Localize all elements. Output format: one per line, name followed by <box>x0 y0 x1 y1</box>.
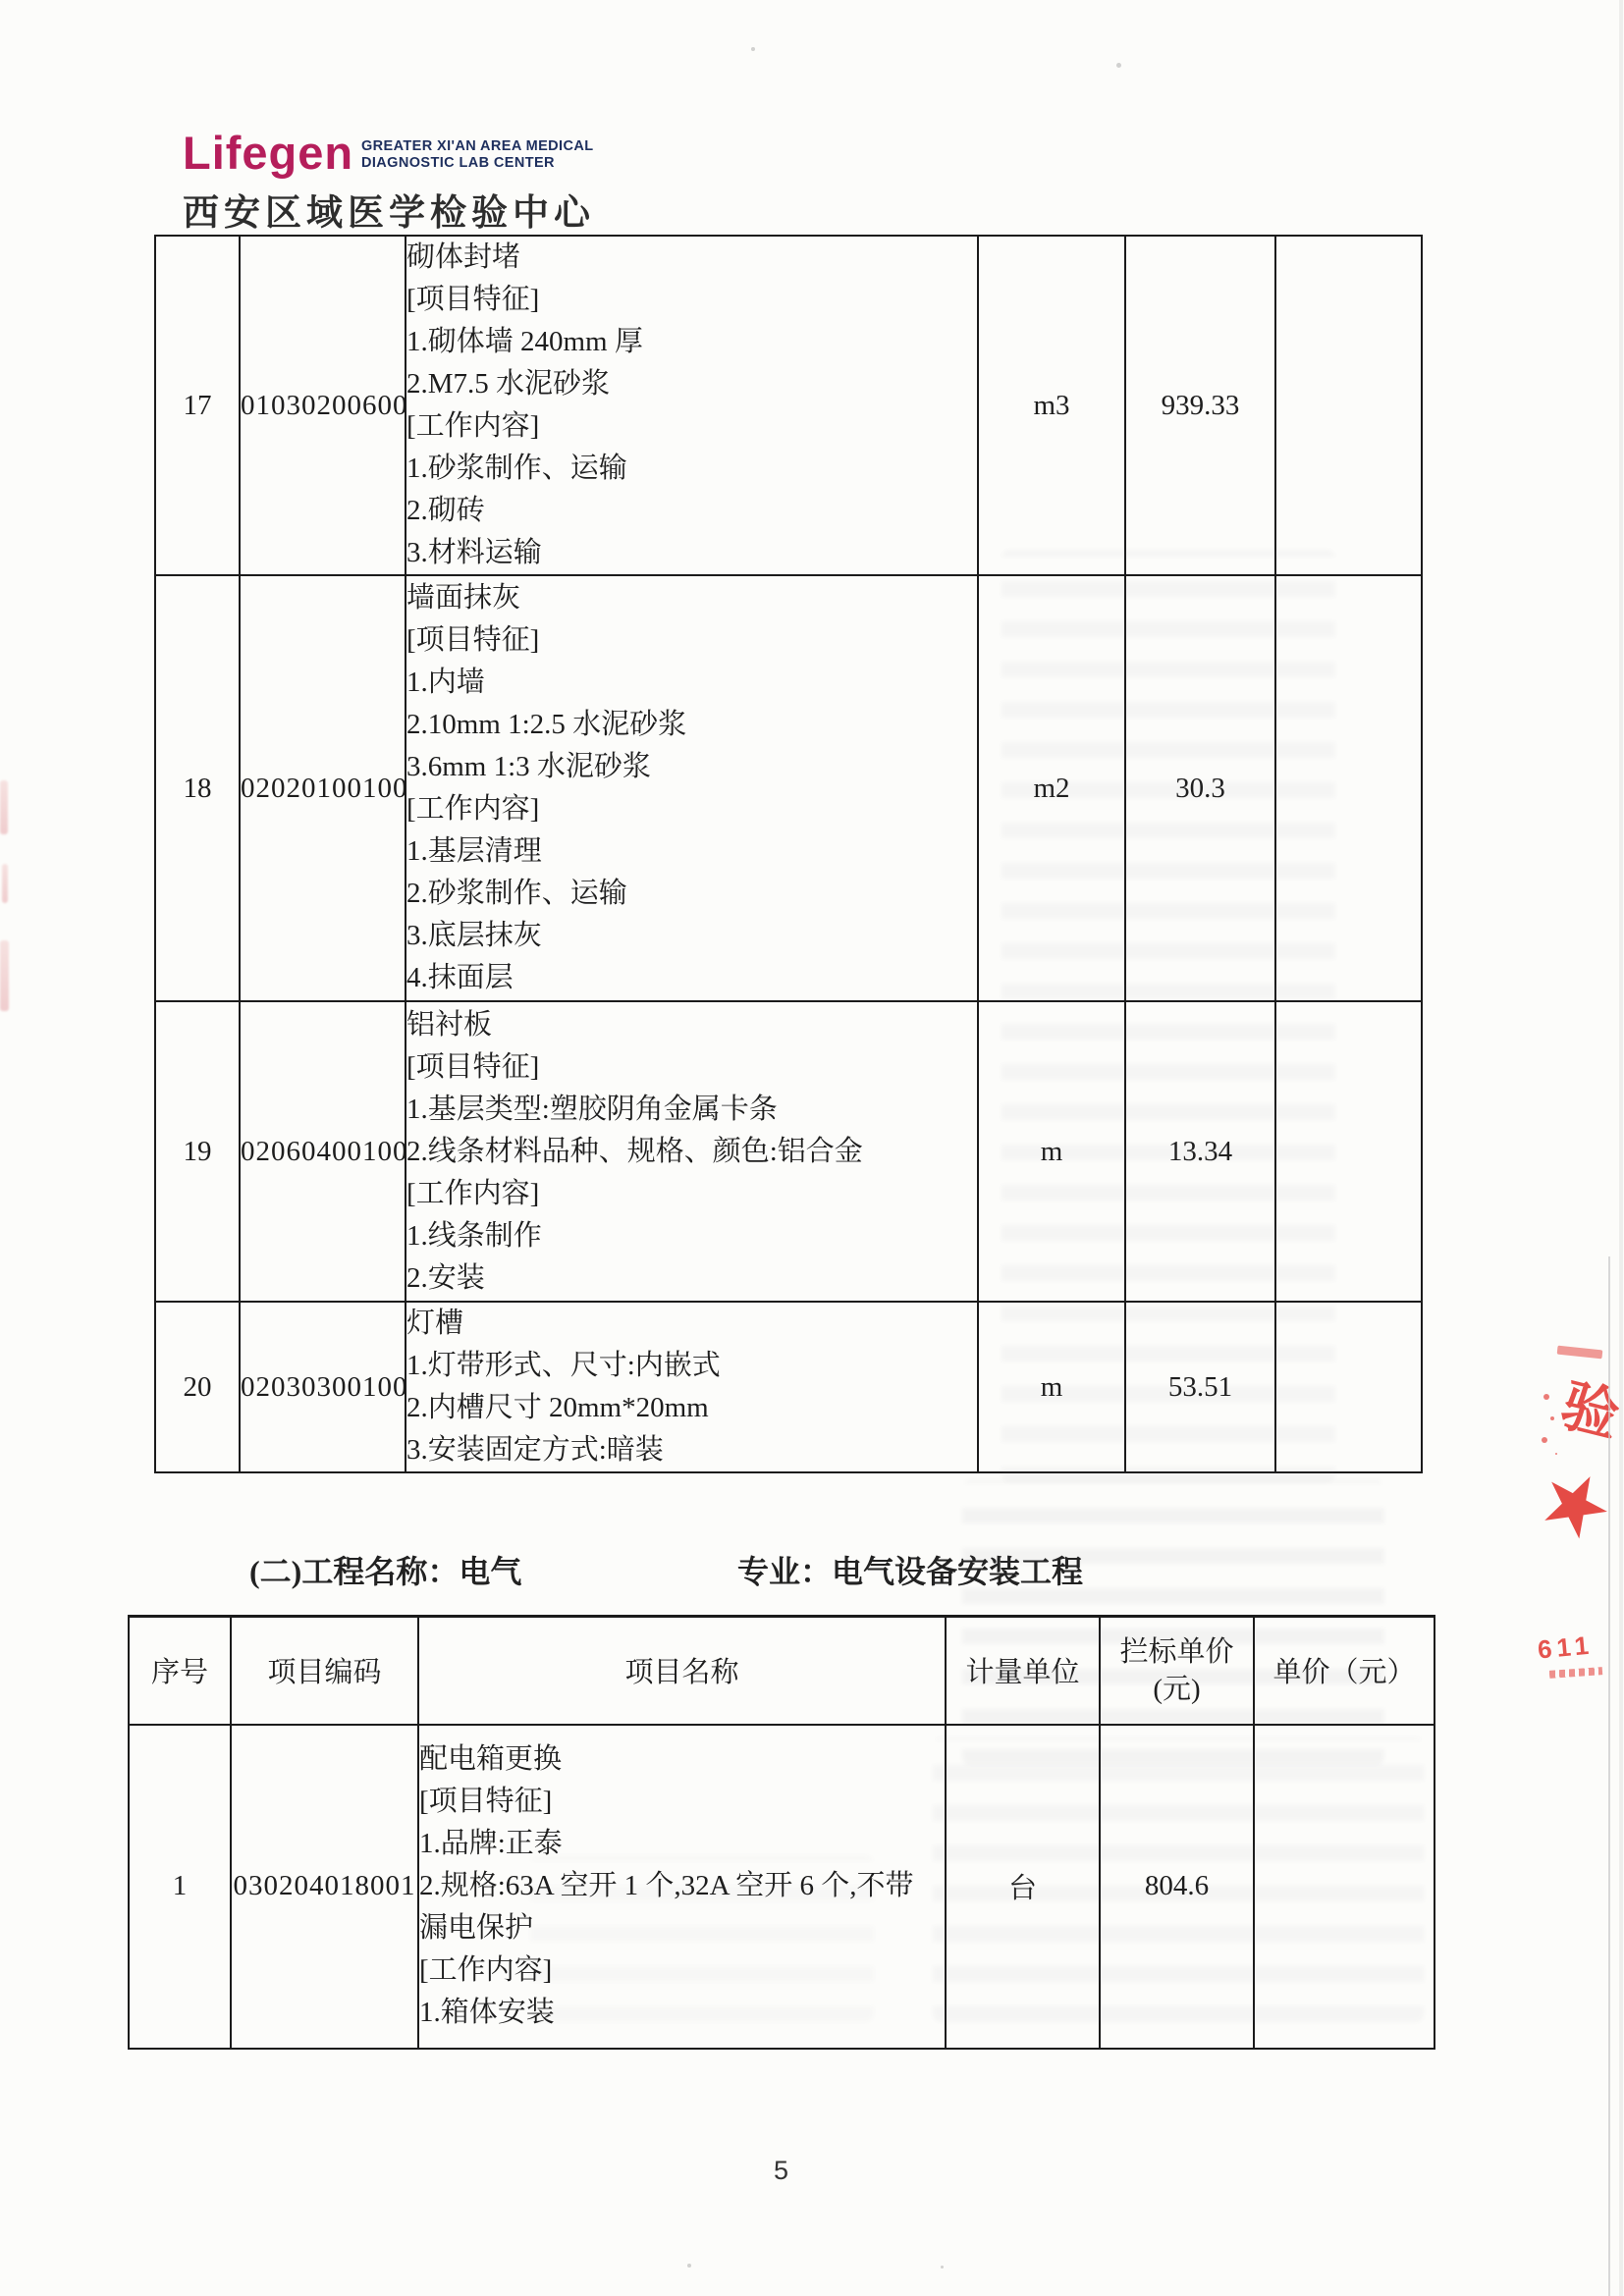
seq-cell: 18 <box>155 575 240 1001</box>
scan-speck <box>1116 63 1121 68</box>
stamp-partial-character: 验 <box>1554 1359 1624 1453</box>
header-name: 项目名称 <box>418 1617 946 1725</box>
stamp-speckle-bar <box>1549 1667 1602 1679</box>
page-number: 5 <box>774 2156 788 2186</box>
stamp-ink-dots <box>1543 1394 1549 1400</box>
left-edge-ink-mark <box>0 780 8 834</box>
seq-cell: 1 <box>129 1725 231 2049</box>
code-cell: 020604001001 <box>240 1001 406 1302</box>
name-lines: 砌体封堵[项目特征]1.砌体墙 240mm 厚2.M7.5 水泥砂浆[工作内容]… <box>406 237 977 574</box>
org-name-chinese: 西安区域医学检验中心 <box>183 183 595 236</box>
bleedthrough-artifact <box>962 1480 1384 1765</box>
name-cell: 墙面抹灰[项目特征]1.内墙2.10mm 1:2.5 水泥砂浆3.6mm 1:3… <box>406 575 978 1001</box>
code-cell: 010302006001 <box>240 236 406 575</box>
bleedthrough-artifact <box>530 1855 874 2022</box>
lifegen-logo: Lifegen <box>183 126 353 180</box>
header-code: 项目编码 <box>231 1617 418 1725</box>
tagline-line-2: DIAGNOSTIC LAB CENTER <box>361 155 593 172</box>
code-cell: 020201001002 <box>240 575 406 1001</box>
name-lines: 铝衬板[项目特征]1.基层类型:塑胶阴角金属卡条2.线条材料品种、规格、颜色:铝… <box>406 1004 977 1300</box>
scan-speck <box>687 2264 691 2268</box>
name-lines: 灯槽1.灯带形式、尺寸:内嵌式2.内槽尺寸 20mm*20mm3.安装固定方式:… <box>406 1303 977 1471</box>
name-cell: 铝衬板[项目特征]1.基层类型:塑胶阴角金属卡条2.线条材料品种、规格、颜色:铝… <box>406 1001 978 1302</box>
seq-cell: 20 <box>155 1302 240 1472</box>
scan-edge-line <box>1608 1256 1610 2296</box>
table-row: 17 010302006001 砌体封堵[项目特征]1.砌体墙 240mm 厚2… <box>155 236 1422 575</box>
seq-cell: 17 <box>155 236 240 575</box>
left-edge-ink-mark <box>0 940 9 1011</box>
logo-tagline: GREATER XI'AN AREA MEDICAL DIAGNOSTIC LA… <box>361 138 593 172</box>
scanned-page: Lifegen GREATER XI'AN AREA MEDICAL DIAGN… <box>0 0 1624 2296</box>
unit-price-cell <box>1275 236 1422 575</box>
header-seq: 序号 <box>129 1617 231 1725</box>
bleedthrough-artifact <box>933 1737 1424 2022</box>
scan-speck <box>941 2266 944 2269</box>
name-cell: 砌体封堵[项目特征]1.砌体墙 240mm 厚2.M7.5 水泥砂浆[工作内容]… <box>406 236 978 575</box>
name-cell: 灯槽1.灯带形式、尺寸:内嵌式2.内槽尺寸 20mm*20mm3.安装固定方式:… <box>406 1302 978 1472</box>
section-project-name: (二)工程名称：电气 <box>249 1554 521 1589</box>
bleedthrough-artifact <box>1001 550 1335 1482</box>
left-edge-ink-mark <box>2 864 8 903</box>
seq-cell: 19 <box>155 1001 240 1302</box>
scan-speck <box>751 47 755 51</box>
ceiling-price-cell: 939.33 <box>1125 236 1275 575</box>
stamp-edge-bar <box>1557 1346 1603 1360</box>
unit-cell: m3 <box>978 236 1125 575</box>
tagline-line-1: GREATER XI'AN AREA MEDICAL <box>361 138 593 155</box>
scan-edge-shadow <box>1619 0 1623 2296</box>
stamp-digits: 611 <box>1537 1630 1595 1666</box>
name-lines: 墙面抹灰[项目特征]1.内墙2.10mm 1:2.5 水泥砂浆3.6mm 1:3… <box>406 577 977 999</box>
code-cell: 020303001001 <box>240 1302 406 1472</box>
code-cell: 030204018001 <box>231 1725 418 2049</box>
